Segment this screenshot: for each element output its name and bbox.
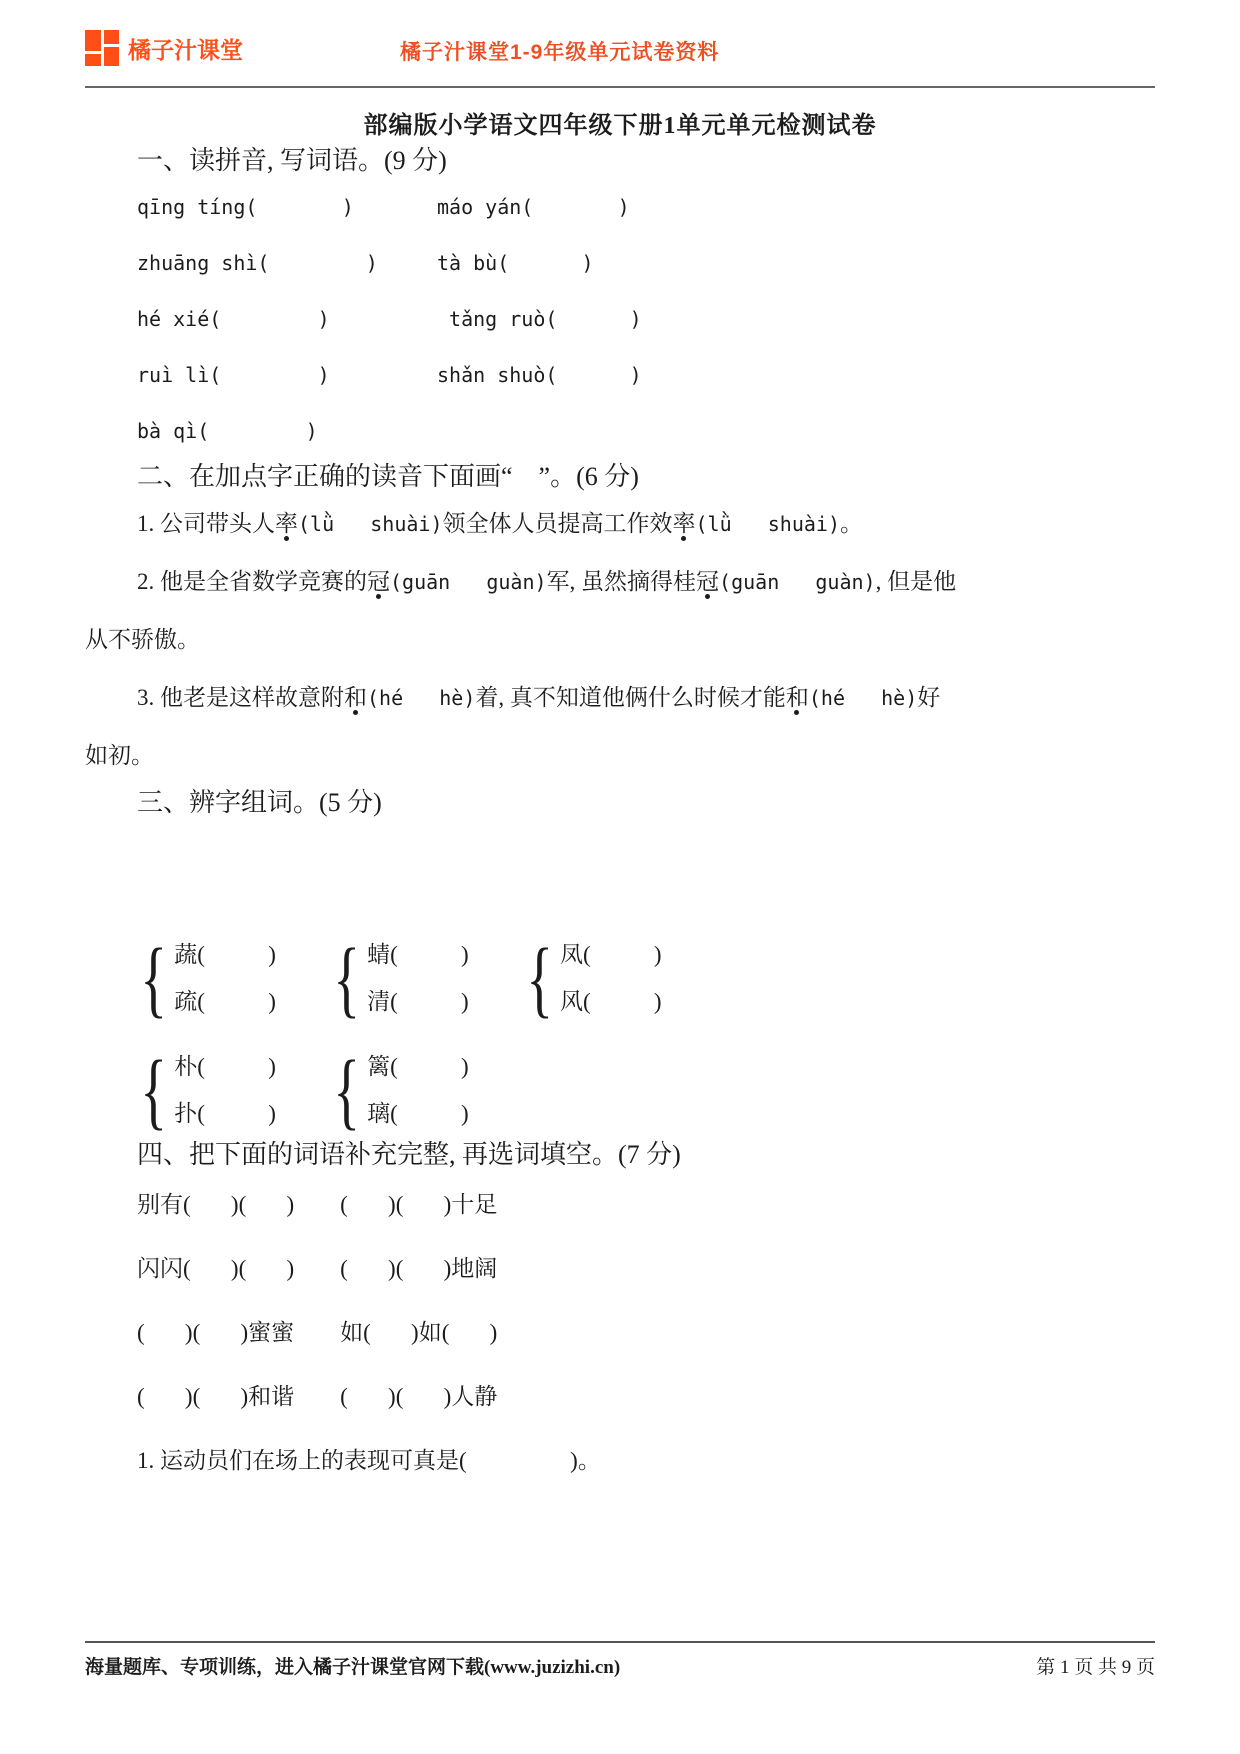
window-squares-icon: [85, 30, 121, 66]
section-2-title: 二、在加点字正确的读音下面画“ ”。(6 分): [137, 459, 1155, 495]
pinyin-item: tǎng ruò( ): [437, 307, 1155, 331]
pinyin-row: hé xié( ) tǎng ruò( ): [137, 291, 1155, 347]
pinyin-row: ruì lì( )shǎn shuò( ): [137, 347, 1155, 403]
fill-line-3: ( )( )蜜蜜 如( )如( ): [137, 1301, 1155, 1365]
fill-question-1: 1. 运动员们在场上的表现可真是( )。: [137, 1429, 1155, 1493]
header-divider: [85, 86, 1155, 88]
page-header: 橘子汁课堂 橘子汁课堂1-9年级单元试卷资料: [0, 0, 1240, 70]
dotted-char: 和: [344, 685, 367, 710]
word-group: {篱( )璃( ): [326, 1043, 469, 1137]
pinyin-item: máo yán( ): [437, 195, 1155, 219]
text-segment: 1. 公司带头人: [137, 511, 275, 536]
footer-promo-text: 海量题库、专项训练，进入橘子汁课堂官网下载(www.juzizhi.cn): [85, 1652, 620, 1679]
pinyin-item: hé xié( ): [137, 307, 437, 331]
word-blank: 朴( ): [174, 1043, 276, 1090]
pinyin-item: tà bù( ): [437, 251, 1155, 275]
header-title: 橘子汁课堂1-9年级单元试卷资料: [400, 36, 719, 66]
question-line-2-cont: 从不骄傲。: [85, 611, 1155, 669]
text-segment: 着, 真不知道他俩什么时候才能: [475, 685, 786, 710]
pinyin-choices: (lǜ shuài): [696, 512, 841, 536]
pinyin-choices: (hé hè): [367, 686, 475, 710]
text-segment: 。: [840, 511, 863, 536]
brand-logo-text: 橘子汁课堂: [128, 32, 243, 65]
word-blank: 蜻( ): [367, 931, 469, 978]
word-blank: 扑( ): [174, 1090, 276, 1137]
section-3-title: 三、辨字组词。(5 分): [137, 785, 1155, 821]
question-line-1: 1. 公司带头人率(lǜ shuài)领全体人员提高工作效率(lǜ shuài)…: [137, 495, 1155, 553]
left-brace-icon: {: [140, 1043, 167, 1137]
dotted-char: 和: [786, 685, 809, 710]
text-segment: 军, 虽然摘得桂: [547, 569, 697, 594]
page-title: 部编版小学语文四年级下册1单元单元检测试卷: [85, 110, 1155, 143]
question-line-3: 3. 他老是这样故意附和(hé hè)着, 真不知道他俩什么时候才能和(hé h…: [137, 669, 1155, 727]
pinyin-choices: (lǜ shuài): [298, 512, 443, 536]
word-group: {凤( )风( ): [519, 931, 662, 1025]
pinyin-row: bà qì( ): [137, 403, 1155, 459]
word-group: {蜻( )清( ): [326, 931, 469, 1025]
word-groups-row-1: {蔬( )疏( ) {蜻( )清( ) {凤( )风( ): [133, 931, 1155, 1025]
word-blank: 清( ): [367, 978, 469, 1025]
page-number: 第 1 页 共 9 页: [1036, 1652, 1155, 1679]
word-blank: 疏( ): [174, 978, 276, 1025]
footer-divider: [85, 1641, 1155, 1643]
section-1-title: 一、读拼音, 写词语。(9 分): [137, 143, 1155, 179]
pinyin-choices: (guān guàn): [719, 570, 876, 594]
page-body: 部编版小学语文四年级下册1单元单元检测试卷 一、读拼音, 写词语。(9 分) q…: [0, 86, 1240, 1493]
text-segment: , 但是他: [876, 569, 957, 594]
pinyin-row: zhuāng shì( )tà bù( ): [137, 235, 1155, 291]
text-segment: 领全体人员提高工作效: [443, 511, 673, 536]
page-footer: 海量题库、专项训练，进入橘子汁课堂官网下载(www.juzizhi.cn) 第 …: [85, 1652, 1155, 1679]
question-line-2: 2. 他是全省数学竞赛的冠(guān guàn)军, 虽然摘得桂冠(guān g…: [137, 553, 1155, 611]
fill-line-1: 别有( )( ) ( )( )十足: [137, 1173, 1155, 1237]
dotted-char: 冠: [696, 569, 719, 594]
dotted-char: 率: [275, 511, 298, 536]
word-blank: 篱( ): [367, 1043, 469, 1090]
question-line-3-cont: 如初。: [85, 727, 1155, 785]
left-brace-icon: {: [526, 931, 553, 1025]
pinyin-item: shǎn shuò( ): [437, 363, 1155, 387]
fill-line-2: 闪闪( )( ) ( )( )地阔: [137, 1237, 1155, 1301]
left-brace-icon: {: [140, 931, 167, 1025]
section-4-title: 四、把下面的词语补充完整, 再选词填空。(7 分): [137, 1137, 1155, 1173]
pinyin-blanks: qīng tíng( )máo yán( ) zhuāng shì( )tà b…: [137, 179, 1155, 459]
left-brace-icon: {: [333, 931, 360, 1025]
word-blank: 璃( ): [367, 1090, 469, 1137]
word-groups-row-2: {朴( )扑( ) {篱( )璃( ): [133, 1043, 1155, 1137]
pinyin-choices: (guān guàn): [390, 570, 547, 594]
pinyin-item: zhuāng shì( ): [137, 251, 437, 275]
pinyin-item: qīng tíng( ): [137, 195, 437, 219]
word-blank: 蔬( ): [174, 931, 276, 978]
text-segment: 好: [917, 685, 940, 710]
word-blank: 凤( ): [560, 931, 662, 978]
text-segment: 2. 他是全省数学竞赛的: [137, 569, 367, 594]
pinyin-item: bà qì( ): [137, 419, 437, 443]
pinyin-choices: (hé hè): [809, 686, 917, 710]
pinyin-item: ruì lì( ): [137, 363, 437, 387]
word-group: {朴( )扑( ): [133, 1043, 276, 1137]
word-blank: 风( ): [560, 978, 662, 1025]
left-brace-icon: {: [333, 1043, 360, 1137]
fill-line-4: ( )( )和谐 ( )( )人静: [137, 1365, 1155, 1429]
test-paper-page: 橘子汁课堂 橘子汁课堂1-9年级单元试卷资料 部编版小学语文四年级下册1单元单元…: [0, 0, 1240, 1754]
dotted-char: 率: [673, 511, 696, 536]
pinyin-row: qīng tíng( )máo yán( ): [137, 179, 1155, 235]
text-segment: 3. 他老是这样故意附: [137, 685, 344, 710]
dotted-char: 冠: [367, 569, 390, 594]
brand-logo: 橘子汁课堂: [85, 30, 243, 66]
word-group: {蔬( )疏( ): [133, 931, 276, 1025]
